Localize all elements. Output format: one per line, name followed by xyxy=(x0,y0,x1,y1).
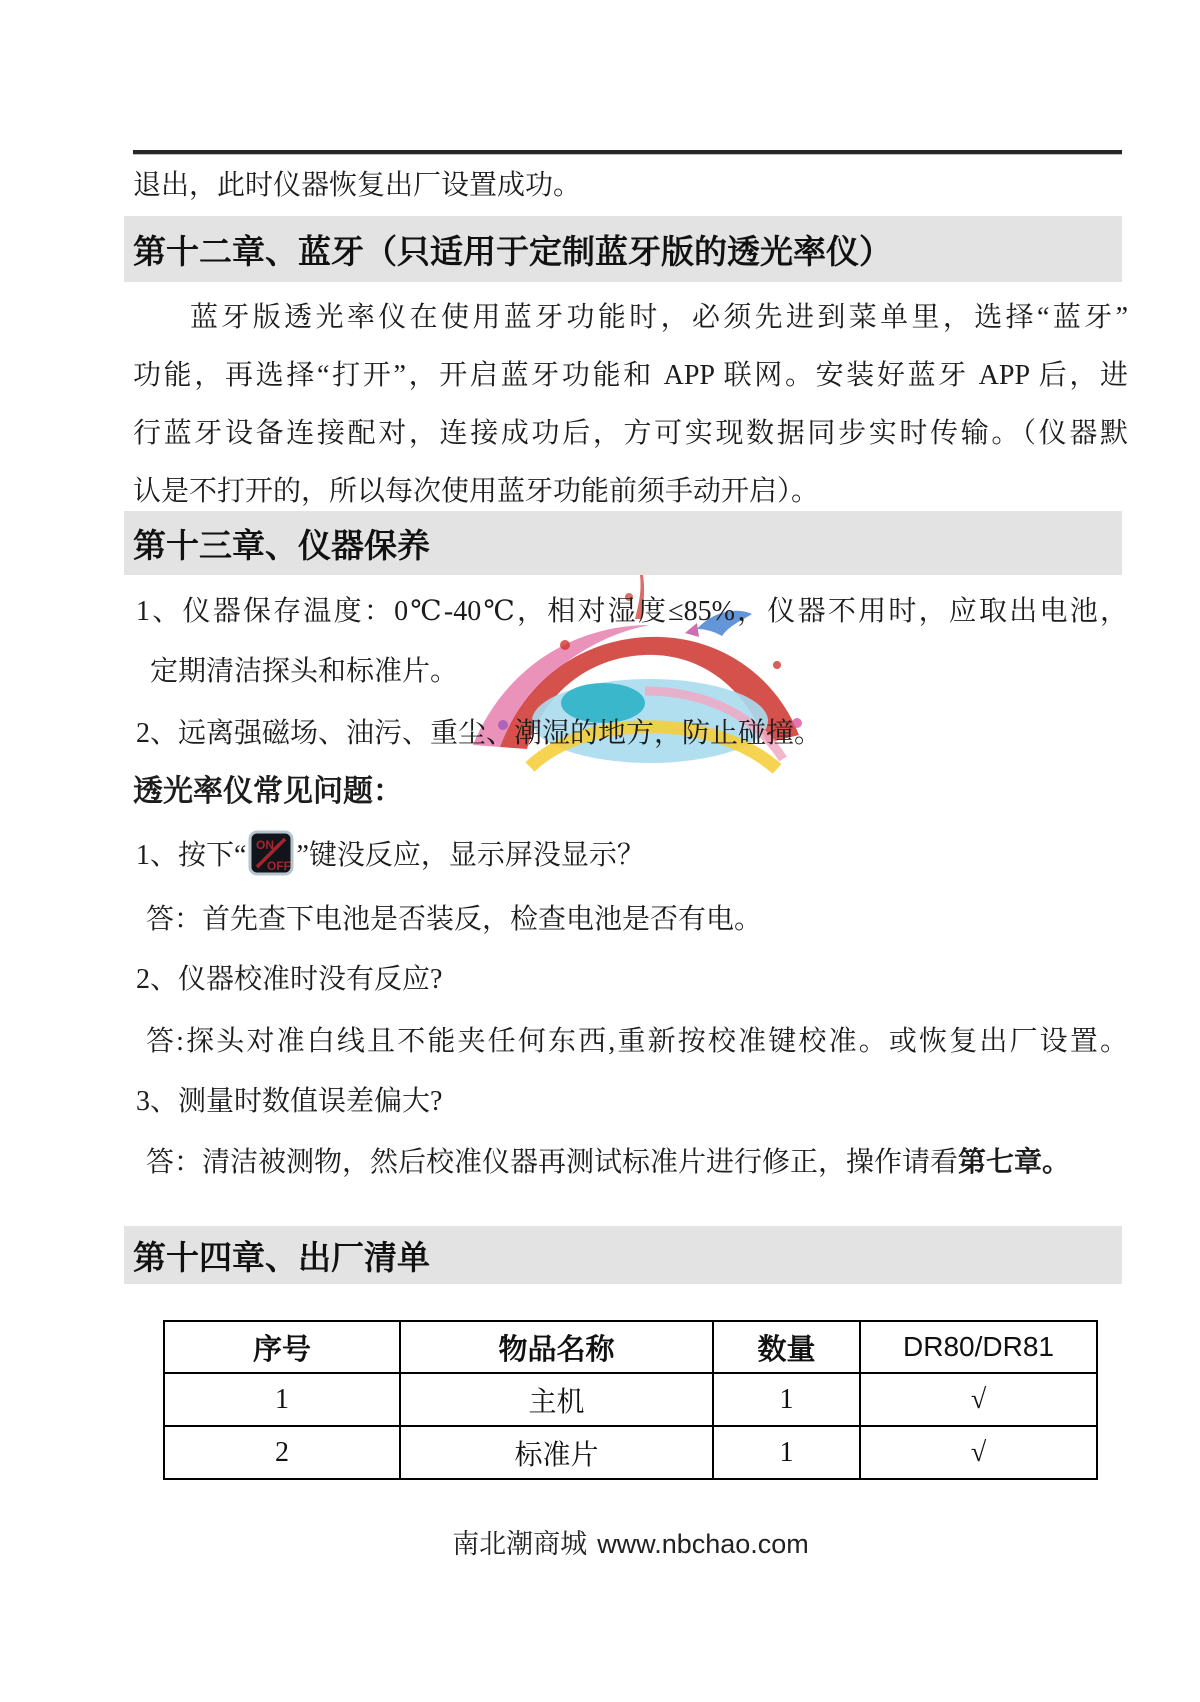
chapter-12-paragraph-line-3: 行蓝牙设备连接配对，连接成功后，方可实现数据同步实时传输。（仪器默 xyxy=(133,412,1128,458)
footer-url: www.nbchao.com xyxy=(597,1529,809,1559)
document-page: 退出，此时仪器恢复出厂设置成功。 第十二章、蓝牙（只适用于定制蓝牙版的透光率仪）… xyxy=(0,0,1200,1702)
chapter-12-paragraph-line-4: 认是不打开的，所以每次使用蓝牙功能前须手动开启）。 xyxy=(133,470,1128,514)
faq-answer-3: 答：清洁被测物，然后校准仪器再测试标准片进行修正，操作请看第七章。 xyxy=(146,1140,1070,1185)
faq-answer-3-chapter-ref: 第七章。 xyxy=(958,1146,1070,1177)
cell-check: √ xyxy=(860,1373,1097,1426)
cell-quantity: 1 xyxy=(713,1426,860,1479)
chapter-12-title: 第十二章、蓝牙（只适用于定制蓝牙版的透光率仪） xyxy=(133,226,892,273)
faq-answer-1: 答：首先查下电池是否装反，检查电池是否有电。 xyxy=(146,898,762,942)
page-top-rule xyxy=(133,150,1122,155)
header-item-name: 物品名称 xyxy=(400,1321,713,1373)
packing-list-table: 序号 物品名称 数量 DR80/DR81 1 主机 1 √ 2 标准片 1 √ xyxy=(163,1320,1098,1480)
chapter-13-heading-bar: 第十三章、仪器保养 xyxy=(124,511,1122,575)
cell-item: 标准片 xyxy=(400,1426,713,1479)
maintenance-item-1-line-1: 1、仪器保存温度：0℃-40℃，相对湿度≤85%，仪器不用时，应取出电池， xyxy=(136,590,1128,636)
maintenance-item-1-line-2: 定期清洁探头和标准片。 xyxy=(150,650,458,694)
on-off-label-off: OFF xyxy=(267,859,291,873)
maintenance-item-2: 2、远离强磁场、油污、重尘、潮湿的地方，防止碰撞。 xyxy=(136,712,822,756)
faq-question-1: 1、按下“ONOFF”键没反应，显示屏没显示？ xyxy=(136,830,645,881)
header-serial-number: 序号 xyxy=(164,1321,400,1373)
page-footer: 南北潮商城www.nbchao.com xyxy=(133,1522,1128,1561)
chapter-12-heading-bar: 第十二章、蓝牙（只适用于定制蓝牙版的透光率仪） xyxy=(124,216,1122,282)
header-quantity: 数量 xyxy=(713,1321,860,1373)
on-off-button-icon: ONOFF xyxy=(248,830,294,876)
chapter-13-title: 第十三章、仪器保养 xyxy=(133,520,430,567)
faq-question-1-prefix: 1、按下“ xyxy=(136,840,246,871)
cell-serial: 2 xyxy=(164,1426,400,1479)
watermark-speck-1 xyxy=(560,640,570,650)
faq-question-3: 3、测量时数值误差偏大? xyxy=(136,1080,442,1124)
chapter-12-paragraph-line-2: 功能，再选择“打开”，开启蓝牙功能和 APP 联网。安装好蓝牙 APP 后，进 xyxy=(133,354,1128,400)
cell-check: √ xyxy=(860,1426,1097,1479)
table-row: 1 主机 1 √ xyxy=(164,1373,1097,1426)
faq-question-1-suffix: ”键没反应，显示屏没显示？ xyxy=(296,840,644,871)
table-header-row: 序号 物品名称 数量 DR80/DR81 xyxy=(164,1321,1097,1373)
table-row: 2 标准片 1 √ xyxy=(164,1426,1097,1479)
chapter-14-title: 第十四章、出厂清单 xyxy=(133,1232,430,1279)
on-off-label-on: ON xyxy=(256,838,274,852)
cell-item: 主机 xyxy=(400,1373,713,1426)
faq-answer-2: 答:探头对准白线且不能夹任何东西,重新按校准键校准。或恢复出厂设置。 xyxy=(146,1020,1128,1066)
chapter-12-paragraph-line-1: 蓝牙版透光率仪在使用蓝牙功能时，必须先进到菜单里，选择“蓝牙” xyxy=(133,296,1128,342)
faq-answer-3-text: 答：清洁被测物，然后校准仪器再测试标准片进行修正，操作请看 xyxy=(146,1147,958,1178)
faq-question-2: 2、仪器校准时没有反应? xyxy=(136,958,442,1002)
cell-quantity: 1 xyxy=(713,1373,860,1426)
cell-serial: 1 xyxy=(164,1373,400,1426)
intro-line: 退出，此时仪器恢复出厂设置成功。 xyxy=(133,164,581,208)
faq-section-title: 透光率仪常见问题： xyxy=(133,770,403,814)
header-model: DR80/DR81 xyxy=(860,1321,1097,1373)
chapter-14-heading-bar: 第十四章、出厂清单 xyxy=(124,1226,1122,1284)
watermark-speck-2 xyxy=(773,661,781,669)
footer-brand: 南北潮商城 xyxy=(452,1529,587,1559)
